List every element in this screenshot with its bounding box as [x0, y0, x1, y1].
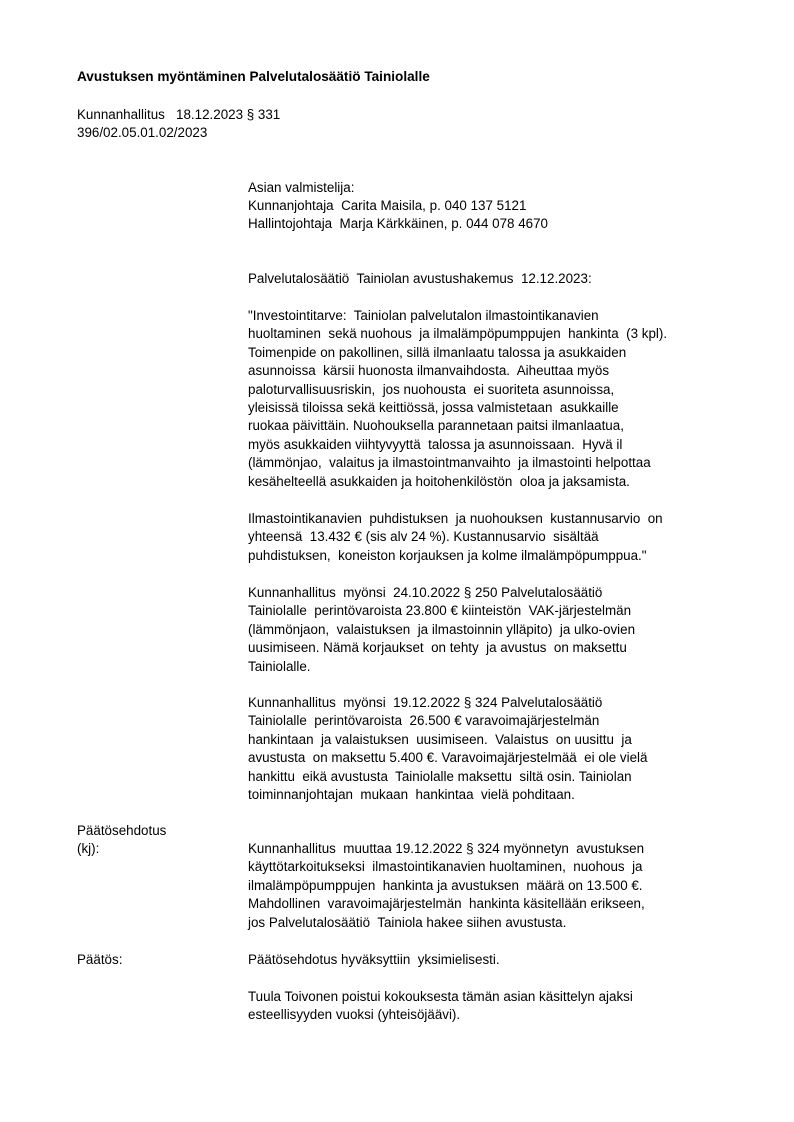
text-line: (lämmönjaon, valaistuksen ja ilmastoinni…	[248, 621, 635, 639]
text-line: Kunnanhallitus muuttaa 19.12.2022 § 324 …	[248, 840, 644, 858]
text-line: huoltaminen sekä nuohous ja ilmalämpöpum…	[248, 325, 667, 343]
text-line: myös asukkaiden viihtyvyyttä talossa ja …	[248, 436, 622, 454]
text-line: puhdistuksen, koneiston korjauksen ja ko…	[248, 547, 647, 565]
text-line: ilmalämpöpumppujen hankinta ja avustukse…	[248, 877, 643, 895]
text-line: Tainiolalle perintövaroista 26.500 € var…	[248, 712, 599, 730]
text-line: Kunnanhallitus myönsi 19.12.2022 § 324 P…	[248, 694, 602, 712]
application-heading: Palvelutalosäätiö Tainiolan avustushakem…	[248, 270, 592, 288]
text-line: käyttötarkoitukseksi ilmastointikanavien…	[248, 858, 643, 876]
text-line: "Investointitarve: Tainiolan palvelutalo…	[248, 307, 599, 325]
proposal-label: Päätösehdotus	[77, 822, 166, 840]
text-line: kesähelteellä asukkaiden ja hoitohenkilö…	[248, 473, 630, 491]
preparer-line: Hallintojohtaja Marja Kärkkäinen, p. 044…	[248, 215, 548, 233]
text-line: Tainiolalle perintövaroista 23.800 € kii…	[248, 602, 631, 620]
meeting-reference: Kunnanhallitus 18.12.2023 § 331	[77, 106, 280, 124]
proposal-label-suffix: (kj):	[77, 840, 99, 858]
text-line: esteellisyyden vuoksi (yhteisöjäävi).	[248, 1006, 460, 1024]
document-title: Avustuksen myöntäminen Palvelutalosäätiö…	[77, 68, 430, 86]
text-line: Ilmastointikanavien puhdistuksen ja nuoh…	[248, 510, 663, 528]
text-line: hankintaan ja valaistuksen uusimiseen. V…	[248, 731, 632, 749]
decision-text: Päätösehdotus hyväksyttiin yksimielisest…	[248, 951, 500, 969]
text-line: paloturvallisuusriskin, jos nuohousta ei…	[248, 381, 614, 399]
text-line: jos Palvelutalosäätiö Tainiola hakee sii…	[248, 914, 566, 932]
text-line: Mahdollinen varavoimajärjestelmän hankin…	[248, 895, 645, 913]
text-line: yleisissä tiloissa sekä keittiössä, joss…	[248, 399, 619, 417]
text-line: (lämmönjao, valaitus ja ilmastointmanvai…	[248, 454, 651, 472]
text-line: uusimiseen. Nämä korjaukset on tehty ja …	[248, 639, 627, 657]
preparers-heading: Asian valmistelija:	[248, 179, 354, 197]
text-line: ruokaa päivittäin. Nuohouksella parannet…	[248, 417, 624, 435]
text-line: Toimenpide on pakollinen, sillä ilmanlaa…	[248, 344, 626, 362]
text-line: Tainiolalle.	[248, 658, 311, 676]
text-line: Tuula Toivonen poistui kokouksesta tämän…	[248, 988, 633, 1006]
record-number: 396/02.05.01.02/2023	[77, 124, 207, 142]
text-line: yhteensä 13.432 € (sis alv 24 %). Kustan…	[248, 528, 599, 546]
text-line: hankittu eikä avustusta Tainiolalle maks…	[248, 768, 632, 786]
text-line: avustusta on maksettu 5.400 €. Varavoima…	[248, 749, 647, 767]
text-line: asunnoissa kärsii huonosta ilmanvaihdost…	[248, 362, 609, 380]
decision-label: Päätös:	[77, 951, 122, 969]
text-line: toiminnanjohtajan mukaan hankintaa vielä…	[248, 786, 575, 804]
text-line: Kunnanhallitus myönsi 24.10.2022 § 250 P…	[248, 584, 602, 602]
preparer-line: Kunnanjohtaja Carita Maisila, p. 040 137…	[248, 197, 526, 215]
